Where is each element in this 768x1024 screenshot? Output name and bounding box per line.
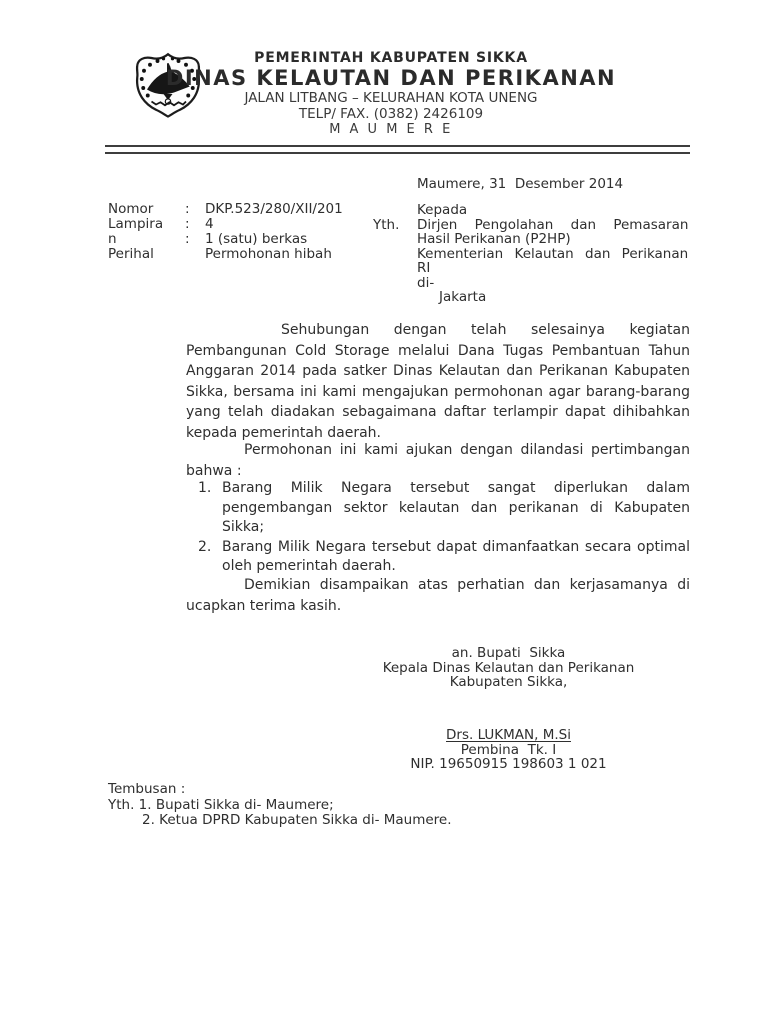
meta-value: Permohonan hibah	[205, 247, 332, 262]
meta-value: 1 (satu) berkas	[205, 232, 307, 247]
signature-titles: an. Bupati Sikka Kepala Dinas Kelautan d…	[370, 646, 647, 690]
body-paragraph-1: Sehubungan dengan telah selesainya kegia…	[186, 320, 690, 443]
list-item-number: 1.	[198, 479, 222, 538]
recipient-line: Kepada	[417, 203, 689, 218]
agency-city: M A U M E R E	[14, 122, 768, 137]
agency-address: JALAN LITBANG – KELURAHAN KOTA UNENG	[14, 91, 768, 106]
reference-block: Nomor : DKP.523/280/XII/201 Lampira : 4 …	[108, 202, 343, 262]
cc-heading: Tembusan :	[108, 782, 452, 798]
cc-item-2: 2. Ketua DPRD Kabupaten Sikka di- Maumer…	[108, 813, 452, 829]
meta-row-lampiran-2: n : 1 (satu) berkas	[108, 232, 343, 247]
meta-row-perihal: Perihal Permohonan hibah	[108, 247, 343, 262]
body-paragraph-2: Permohonan ini kami ajukan dengan diland…	[186, 440, 690, 481]
letterhead: PEMERINTAH KABUPATEN SIKKA DINAS KELAUTA…	[14, 50, 768, 137]
list-item: 2. Barang Milik Negara tersebut dapat di…	[198, 538, 690, 577]
signature-identity: Drs. LUKMAN, M.Si Pembina Tk. I NIP. 196…	[370, 728, 647, 772]
meta-label: Nomor	[108, 202, 185, 217]
list-item: 1. Barang Milik Negara tersebut sangat d…	[198, 479, 690, 538]
meta-colon: :	[185, 202, 205, 217]
meta-value: 4	[205, 217, 214, 232]
signatory-name: Drs. LUKMAN, M.Si	[370, 728, 647, 743]
cc-item-1: Yth. 1. Bupati Sikka di- Maumere;	[108, 798, 452, 814]
signature-on-behalf: an. Bupati Sikka	[370, 646, 647, 661]
closing-paragraph: Demikian disampaikan atas perhatian dan …	[186, 575, 690, 616]
list-item-text: Barang Milik Negara tersebut sangat dipe…	[222, 479, 690, 538]
signature-title-1: Kepala Dinas Kelautan dan Perikanan	[370, 661, 647, 676]
letterhead-divider	[105, 145, 690, 154]
list-item-number: 2.	[198, 538, 222, 577]
meta-colon: :	[185, 217, 205, 232]
consideration-list: 1. Barang Milik Negara tersebut sangat d…	[198, 479, 690, 577]
meta-row-lampiran-1: Lampira : 4	[108, 217, 343, 232]
meta-label: Lampira	[108, 217, 185, 232]
government-name: PEMERINTAH KABUPATEN SIKKA	[14, 50, 768, 66]
date-line: Maumere, 31 Desember 2014	[417, 176, 623, 192]
agency-name: DINAS KELAUTAN DAN PERIKANAN	[14, 66, 768, 91]
recipient-line: di-	[417, 276, 689, 291]
signatory-nip: NIP. 19650915 198603 1 021	[370, 757, 647, 772]
meta-value: DKP.523/280/XII/201	[205, 202, 343, 217]
cc-block: Tembusan : Yth. 1. Bupati Sikka di- Maum…	[108, 782, 452, 829]
meta-row-nomor: Nomor : DKP.523/280/XII/201	[108, 202, 343, 217]
recipient-line: Hasil Perikanan (P2HP)	[417, 232, 689, 247]
meta-colon	[185, 247, 205, 262]
recipient-line: Jakarta	[417, 290, 689, 305]
yth-prefix: Yth.	[373, 217, 399, 233]
letter-page: PEMERINTAH KABUPATEN SIKKA DINAS KELAUTA…	[0, 0, 768, 1024]
agency-phone: TELP/ FAX. (0382) 2426109	[14, 106, 768, 122]
recipient-block: Kepada Dirjen Pengolahan dan Pemasaran H…	[417, 203, 689, 305]
meta-colon: :	[185, 232, 205, 247]
recipient-line: RI	[417, 261, 689, 276]
signature-title-2: Kabupaten Sikka,	[370, 675, 647, 690]
recipient-line: Kementerian Kelautan dan Perikanan	[417, 247, 689, 262]
recipient-line: Dirjen Pengolahan dan Pemasaran	[417, 218, 689, 233]
meta-label: Perihal	[108, 247, 185, 262]
list-item-text: Barang Milik Negara tersebut dapat diman…	[222, 538, 690, 577]
signatory-rank: Pembina Tk. I	[370, 743, 647, 758]
meta-label: n	[108, 232, 185, 247]
